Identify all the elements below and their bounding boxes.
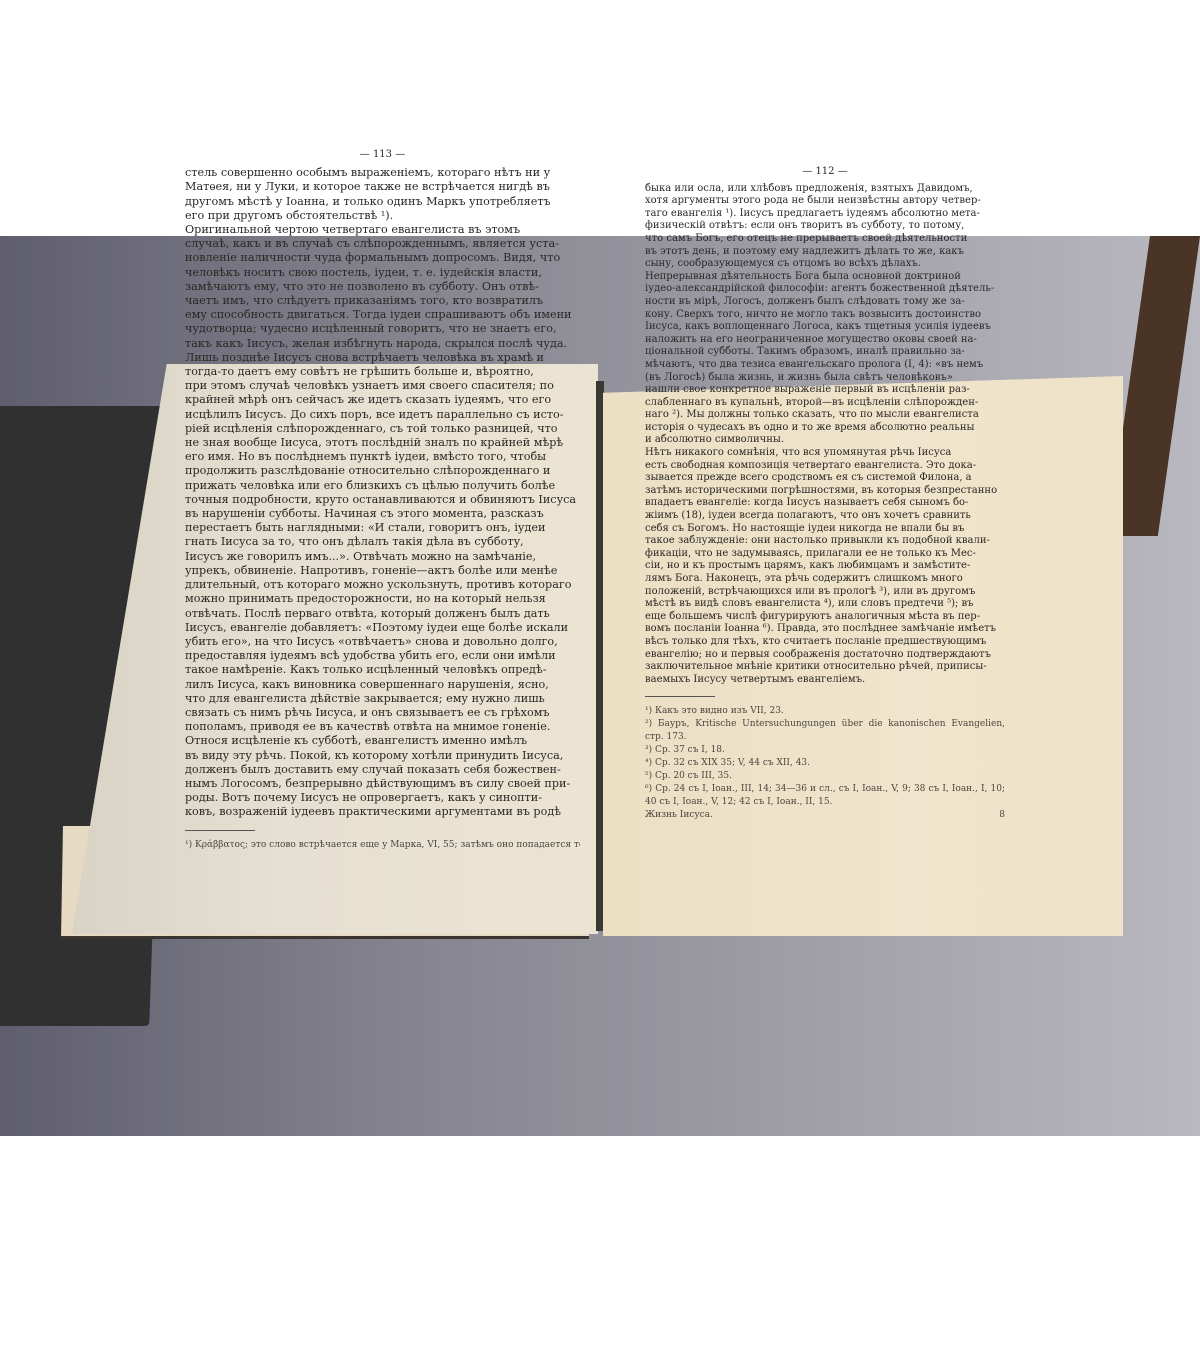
text-line: новленіе наличности чуда формальнымъ доп… [185,251,580,265]
text-line: жіимъ (18), іудеи всегда полагаютъ, что … [645,510,1005,523]
text-line: прижать человѣка или его близкихъ съ цѣл… [185,479,580,493]
text-line: упрекъ, обвиненіе. Напротивъ, гоненіе—ак… [185,564,580,578]
left-body: стель совершенно особымъ выраженіемъ, ко… [185,166,580,819]
text-line: такое намѣреніе. Какъ только исцѣленный … [185,663,580,677]
text-line: чаетъ имъ, что слѣдуетъ приказаніямъ тог… [185,294,580,308]
text-line: не зная вообще Іисуса, этотъ послѣдній з… [185,436,580,450]
text-line: человѣкъ носитъ свою постель, іудеи, т. … [185,266,580,280]
signature-number: 8 [999,809,1005,822]
text-line: замѣчаютъ ему, что это не позволено въ с… [185,280,580,294]
text-line: роды. Вотъ почему Іисусъ не опровергаетъ… [185,791,580,805]
text-line: продолжить разслѣдованіе относительно сл… [185,464,580,478]
text-line: долженъ былъ доставить ему случай показа… [185,763,580,777]
text-line: чудотворца; чудесно исцѣленный говоритъ,… [185,322,580,336]
text-line: ковъ, возраженій іудеевъ практическими а… [185,805,580,819]
signature-title: Жизнь Іисуса. [645,809,713,822]
footnote: ¹) Κράββατος; это слово встрѣчается еще … [185,839,580,852]
text-line: положеній, встрѣчающихся или въ прологѣ … [645,586,1005,599]
text-line: ваемыхъ Іисусу четвертымъ евангеліемъ. [645,674,1005,687]
footnote: ⁴) Ср. 32 съ XIX 35; V, 44 съ XII, 43. [645,757,1005,770]
right-footnotes: ¹) Какъ это видно изъ VII, 23.²) Бауръ, … [645,705,1005,809]
text-line: сіи, но и къ простымъ царямъ, какъ любим… [645,560,1005,573]
footnote-rule [645,696,715,697]
text-line: іудео-александрійской философіи: агентъ … [645,283,1005,296]
text-line: впадаетъ евангеліе: когда Іисусъ называе… [645,497,1005,510]
text-line: отвѣчать. Послѣ перваго отвѣта, который … [185,607,580,621]
text-line: Іисусъ же говорилъ имъ...». Отвѣчать мож… [185,550,580,564]
text-line: лилъ Іисуса, какъ виновника совершеннаго… [185,678,580,692]
footnote: ⁵) Ср. 20 съ III, 35. [645,770,1005,783]
cover-faded-text: · · · · · · · · · · · · · · · · · · · · … [15,436,136,456]
footnote: ²) Бауръ, Kritische Untersuchungungen üb… [645,718,1005,744]
text-line: вѣсъ только для тѣхъ, кто считаетъ посла… [645,636,1005,649]
text-line: крайней мѣрѣ онъ сейчасъ же идетъ сказат… [185,393,580,407]
text-line: Іисуса, какъ воплощеннаго Логоса, какъ т… [645,321,1005,334]
text-line: Матѳея, ни у Луки, и которое также не вс… [185,180,580,194]
text-line: слабленнаго въ купальнѣ, второй—въ исцѣл… [645,397,1005,410]
text-line: гнать Іисуса за то, что онъ дѣлалъ такія… [185,535,580,549]
text-line: ности въ мірѣ, Логосъ, долженъ былъ слѣд… [645,296,1005,309]
text-line: хотя аргументы этого рода не были неизвѣ… [645,195,1005,208]
left-footnotes: ¹) Κράββατος; это слово встрѣчается еще … [185,839,580,852]
text-line: и абсолютно символичны. [645,434,1005,447]
text-line: длительный, отъ котораго можно ускользну… [185,578,580,592]
text-line: заключительное мнѣніе критики относитель… [645,661,1005,674]
text-line: наложить на его неограниченное могуществ… [645,334,1005,347]
text-line: себя съ Богомъ. Но настоящіе іудеи никог… [645,523,1005,536]
text-line: связать съ нимъ рѣчь Іисуса, и онъ связы… [185,706,580,720]
right-folio: — 112 — [645,166,1005,179]
text-line: лямъ Бога. Наконецъ, эта рѣчь содержитъ … [645,573,1005,586]
text-line: сыну, сообразующемуся съ отцомъ во всѣхъ… [645,258,1005,271]
text-line: наго ²). Мы должны только сказать, что п… [645,409,1005,422]
text-line: нашли свое конкретное выраженіе первый в… [645,384,1005,397]
text-line: быка или осла, или хлѣбовъ предложенія, … [645,183,1005,196]
text-line: его имя. Но въ послѣднемъ пунктѣ іудеи, … [185,450,580,464]
footnote: ⁶) Ср. 24 съ I, Іоан., III, 14; 34—36 и … [645,783,1005,809]
text-line: Іисусъ, евангеліе добавляетъ: «Поэтому і… [185,621,580,635]
text-line: что для евангелиста дѣйствіе закрывается… [185,692,580,706]
text-line: въ этотъ день, и поэтому ему надлежитъ д… [645,246,1005,259]
text-line: въ нарушеніи субботы. Начиная съ этого м… [185,507,580,521]
photo-background: · · · · · · · · · · · · · · · · · · · · … [0,236,1200,1136]
text-line: Непрерывная дѣятельность Бога была основ… [645,271,1005,284]
text-line: ціональной субботы. Такимъ образомъ, ина… [645,346,1005,359]
text-line: вомъ посланіи Іоанна ⁶). Правда, это пос… [645,623,1005,636]
text-line: ріей исцѣленія слѣпорожденнаго, съ той т… [185,422,580,436]
text-line: затѣмъ историческими погрѣшностями, въ к… [645,485,1005,498]
footnote: ¹) Какъ это видно изъ VII, 23. [645,705,1005,718]
text-line: пополамъ, приводя ее въ качествѣ отвѣта … [185,720,580,734]
footnote: ³) Ср. 37 съ I, 18. [645,744,1005,757]
text-line: такъ какъ Іисусъ, желая избѣгнуть народа… [185,337,580,351]
text-line: (въ Логосѣ) была жизнь, и жизнь была свѣ… [645,372,1005,385]
text-line: Относя исцѣленіе къ субботѣ, евангелистъ… [185,734,580,748]
text-line: другомъ мѣстѣ у Іоанна, и только одинъ М… [185,195,580,209]
footnote-rule [185,830,255,831]
text-line: исторія о чудесахъ въ одно и то же время… [645,422,1005,435]
text-line: убить его», на что Іисусъ «отвѣчаетъ» сн… [185,635,580,649]
text-line: нымъ Логосомъ, безпрерывно дѣйствующимъ … [185,777,580,791]
text-line: Лишь позднѣе Іисусъ снова встрѣчаетъ чел… [185,351,580,365]
text-line: въ виду эту рѣчь. Покой, къ которому хот… [185,749,580,763]
text-line: перестаетъ быть наглядными: «И стали, го… [185,521,580,535]
text-line: случаѣ, какъ и въ случаѣ съ слѣпорожденн… [185,237,580,251]
right-body: быка или осла, или хлѣбовъ предложенія, … [645,183,1005,687]
text-line: фикаціи, что не задумываясь, прилагали е… [645,548,1005,561]
text-line: еще большемъ числѣ фигурируютъ аналогичн… [645,611,1005,624]
text-line: Нѣтъ никакого сомнѣнія, что вся упомянут… [645,447,1005,460]
text-line: зывается прежде всего сродствомъ ея съ с… [645,472,1005,485]
text-line: кону. Сверхъ того, ничто не могло такъ в… [645,309,1005,322]
signature-row: Жизнь Іисуса. 8 [645,809,1005,822]
left-page-text: — 113 — стель совершенно особымъ выражен… [185,148,580,852]
left-folio: — 113 — [185,148,580,162]
text-line: физическій отвѣтъ: если онъ творитъ въ с… [645,220,1005,233]
text-line: исцѣлилъ Іисусъ. До сихъ поръ, все идетъ… [185,408,580,422]
text-line: точныя подробности, круто останавливаютс… [185,493,580,507]
text-line: ему способность двигаться. Тогда іудеи с… [185,308,580,322]
text-line: такое заблужденіе: они настолько привыкл… [645,535,1005,548]
text-line: таго евангелія ¹). Іисусъ предлагаетъ іу… [645,208,1005,221]
text-line: евангелію; но и первыя соображенія доста… [645,649,1005,662]
text-line: Оригинальной чертою четвертаго евангелис… [185,223,580,237]
text-line: мѣчаютъ, что два тезиса евангельскаго пр… [645,359,1005,372]
text-line: мѣстѣ въ видѣ словъ евангелиста ⁴), или … [645,598,1005,611]
text-line: тогда-то даетъ ему совѣтъ не грѣшить бол… [185,365,580,379]
text-line: предоставляя іудеямъ всѣ удобства убить … [185,649,580,663]
text-line: что самъ Богъ, его отецъ не прерываетъ с… [645,233,1005,246]
text-line: его при другомъ обстоятельствѣ ¹). [185,209,580,223]
text-line: есть свободная композиція четвертаго ева… [645,460,1005,473]
book-spine [596,381,604,931]
text-line: при этомъ случаѣ человѣкъ узнаетъ имя св… [185,379,580,393]
text-line: стель совершенно особымъ выраженіемъ, ко… [185,166,580,180]
right-page-text: — 112 — быка или осла, или хлѣбовъ предл… [645,166,1005,822]
text-line: можно принимать предосторожности, но на … [185,592,580,606]
